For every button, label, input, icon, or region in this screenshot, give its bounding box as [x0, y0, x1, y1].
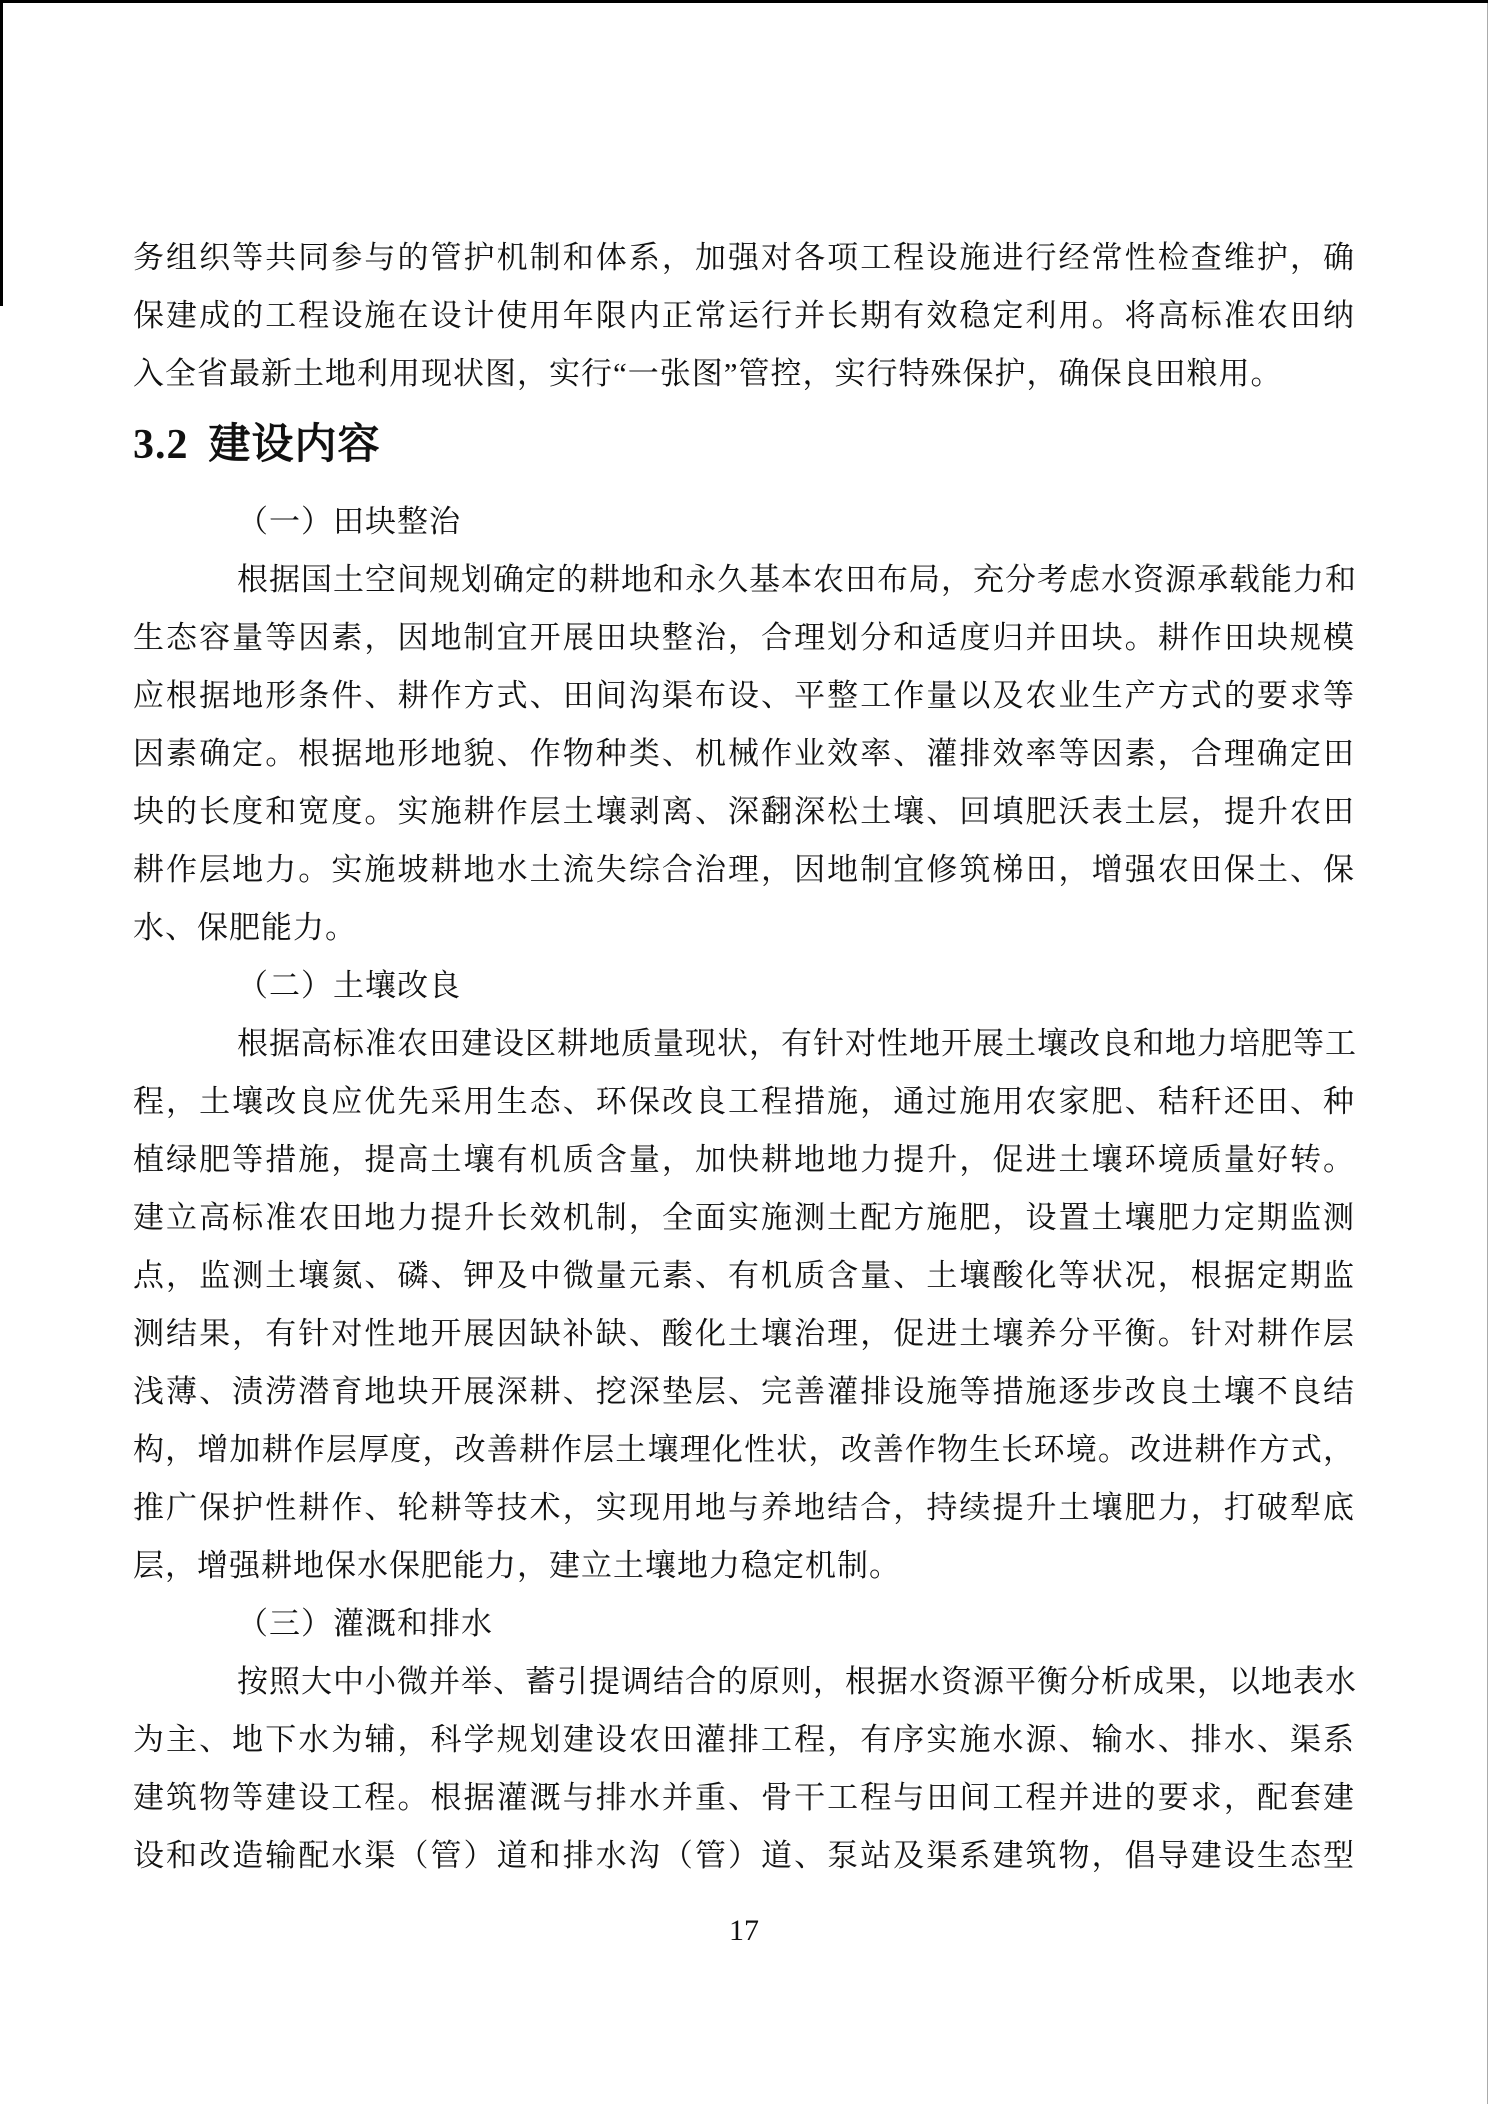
text-line: 耕作层地力。实施坡耕地水土流失综合治理，因地制宜修筑梯田，增强农田保土、保 [133, 841, 1355, 899]
text-line: 因素确定。根据地形地貌、作物种类、机械作业效率、灌排效率等因素，合理确定田 [133, 725, 1355, 783]
text-line: 程，土壤改良应优先采用生态、环保改良工程措施，通过施用农家肥、秸秆还田、种 [133, 1073, 1355, 1131]
text-line: 块的长度和宽度。实施耕作层土壤剥离、深翻深松土壤、回填肥沃表土层，提升农田 [133, 783, 1355, 841]
section-body: （一）田块整治根据国土空间规划确定的耕地和永久基本农田布局，充分考虑水资源承载能… [133, 479, 1355, 1885]
text-line: 推广保护性耕作、轮耕等技术，实现用地与养地结合，持续提升土壤肥力，打破犁底 [133, 1479, 1355, 1537]
text-line: 植绿肥等措施，提高土壤有机质含量，加快耕地地力提升，促进土壤环境质量好转。 [133, 1131, 1355, 1189]
scan-edge-left [0, 0, 3, 306]
text-line: 测结果，有针对性地开展因缺补缺、酸化土壤治理，促进土壤养分平衡。针对耕作层 [133, 1305, 1355, 1363]
text-line: 务组织等共同参与的管护机制和体系，加强对各项工程设施进行经常性检查维护，确 [133, 229, 1355, 287]
text-line: 建立高标准农田地力提升长效机制，全面实施测土配方施肥，设置土壤肥力定期监测 [133, 1189, 1355, 1247]
text-line: 构，增加耕作层厚度，改善耕作层土壤理化性状，改善作物生长环境。改进耕作方式， [133, 1421, 1355, 1479]
text-line: （二）土壤改良 [133, 957, 1355, 1015]
document-page: 务组织等共同参与的管护机制和体系，加强对各项工程设施进行经常性检查维护，确保建成… [0, 0, 1488, 2104]
text-line: 浅薄、渍涝潜育地块开展深耕、挖深垫层、完善灌排设施等措施逐步改良土壤不良结 [133, 1363, 1355, 1421]
text-line: 层，增强耕地保水保肥能力，建立土壤地力稳定机制。 [133, 1537, 1355, 1595]
text-line: 水、保肥能力。 [133, 899, 1355, 957]
text-line: 为主、地下水为辅，科学规划建设农田灌排工程，有序实施水源、输水、排水、渠系 [133, 1711, 1355, 1769]
section-number: 3.2 [133, 422, 189, 468]
text-line: 根据高标准农田建设区耕地质量现状，有针对性地开展土壤改良和地力培肥等工 [133, 1015, 1355, 1073]
text-line: 根据国土空间规划确定的耕地和永久基本农田布局，充分考虑水资源承载能力和 [133, 551, 1355, 609]
section-heading: 3.2建设内容 [133, 411, 1355, 479]
text-line: 按照大中小微并举、蓄引提调结合的原则，根据水资源平衡分析成果，以地表水 [133, 1653, 1355, 1711]
paragraph-continued: 务组织等共同参与的管护机制和体系，加强对各项工程设施进行经常性检查维护，确保建成… [133, 0, 1355, 403]
text-line: 点，监测土壤氮、磷、钾及中微量元素、有机质含量、土壤酸化等状况，根据定期监 [133, 1247, 1355, 1305]
text-line: 建筑物等建设工程。根据灌溉与排水并重、骨干工程与田间工程并进的要求，配套建 [133, 1769, 1355, 1827]
text-column: 务组织等共同参与的管护机制和体系，加强对各项工程设施进行经常性检查维护，确保建成… [133, 0, 1355, 1951]
text-line: 入全省最新土地利用现状图，实行“一张图”管控，实行特殊保护，确保良田粮用。 [133, 345, 1355, 403]
section-title: 建设内容 [209, 422, 381, 468]
text-line: （三）灌溉和排水 [133, 1595, 1355, 1653]
text-line: 保建成的工程设施在设计使用年限内正常运行并长期有效稳定利用。将高标准农田纳 [133, 287, 1355, 345]
text-line: 应根据地形条件、耕作方式、田间沟渠布设、平整工作量以及农业生产方式的要求等 [133, 667, 1355, 725]
page-number: 17 [133, 1911, 1355, 1951]
text-line: 生态容量等因素，因地制宜开展田块整治，合理划分和适度归并田块。耕作田块规模 [133, 609, 1355, 667]
text-line: 设和改造输配水渠（管）道和排水沟（管）道、泵站及渠系建筑物，倡导建设生态型 [133, 1827, 1355, 1885]
text-line: （一）田块整治 [133, 493, 1355, 551]
